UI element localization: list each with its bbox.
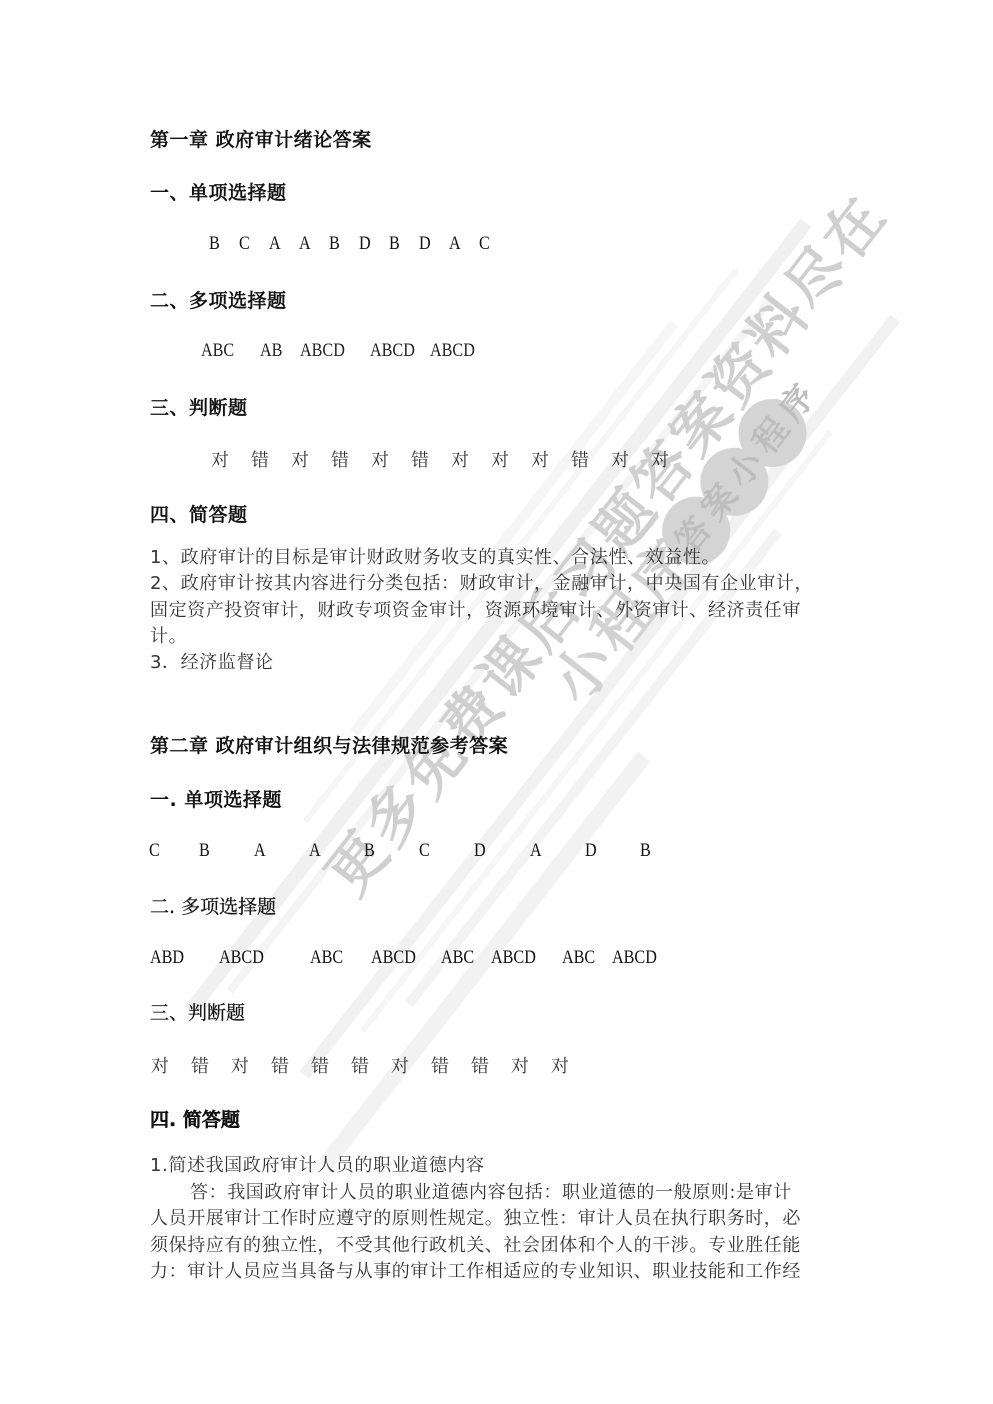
answer-item: A [299,233,311,255]
paragraph-line: 1、政府审计的目标是审计财政财务收支的真实性、合法性、效益性。 [150,545,720,571]
answer-item: 错 [251,446,269,472]
answer-item: A [269,233,281,255]
answer-item: ABC [201,340,234,362]
paragraph-line: 力：审计人员应当具备与从事的审计工作相适应的专业知识、职业技能和工作经 [150,1259,801,1285]
answer-item: C [239,233,250,255]
answer-item: B [389,233,400,255]
answer-item: ABCD [430,340,475,362]
chapter1-title: 第一章 政府审计绪论答案 [150,125,372,152]
answer-item: D [359,233,371,255]
answer-item: A [254,840,266,862]
ch2-true-false-heading: 三、判断题 [150,998,245,1025]
answer-item: 对 [391,1052,409,1078]
ch1-single-choice-heading: 一、单项选择题 [150,178,287,205]
answer-item: A [309,840,321,862]
answer-item: 对 [511,1052,529,1078]
ch1-multiple-choice-heading: 二、多项选择题 [150,286,287,313]
answer-item: AB [260,340,282,362]
paragraph-line: 固定资产投资审计，财政专项资金审计，资源环境审计、外资审计、经济责任审 [150,598,801,624]
answer-item: 错 [571,446,589,472]
ch2-short-answer-heading: 四. 简答题 [150,1105,240,1132]
answer-item: 对 [451,446,469,472]
answer-item: 错 [411,446,429,472]
answer-item: B [199,840,210,862]
ch1-short-answer-heading: 四、简答题 [150,500,248,527]
paragraph-line: 须保持应有的独立性，不受其他行政机关、社会团体和个人的干涉。专业胜任能 [150,1233,801,1259]
answer-item: 对 [651,446,669,472]
answer-item: ABCD [300,340,345,362]
answer-item: D [585,840,597,862]
answer-item: B [364,840,375,862]
ch2-multiple-choice-heading: 二. 多项选择题 [150,892,276,919]
answer-item: B [329,233,340,255]
answer-item: D [474,840,486,862]
answer-item: ABCD [219,947,264,969]
paragraph-line: 答：我国政府审计人员的职业道德内容包括：职业道德的一般原则:是审计 [190,1180,792,1206]
answer-item: ABC [441,947,474,969]
answer-item: 错 [331,446,349,472]
answer-item: 错 [311,1052,329,1078]
answer-item: 错 [351,1052,369,1078]
answer-item: 对 [231,1052,249,1078]
answer-item: 错 [191,1052,209,1078]
answer-item: B [209,233,220,255]
answer-item: C [149,840,160,862]
answer-item: ABCD [370,340,415,362]
answer-item: ABCD [612,947,657,969]
answer-item: A [530,840,542,862]
answer-item: 对 [531,446,549,472]
answer-item: A [449,233,461,255]
answer-item: 对 [611,446,629,472]
answer-item: 对 [491,446,509,472]
chapter2-title: 第二章 政府审计组织与法律规范参考答案 [150,731,508,758]
answer-item: 对 [291,446,309,472]
document-content: 第一章 政府审计绪论答案 一、单项选择题 B C A A B D B D A C… [0,0,993,1404]
answer-item: 对 [551,1052,569,1078]
answer-item: ABD [150,947,184,969]
answer-item: ABC [310,947,343,969]
answer-item: ABC [562,947,595,969]
answer-item: C [419,840,430,862]
question-line: 1.简述我国政府审计人员的职业道德内容 [150,1153,485,1179]
document-page: 更多免费课后习题答案资料尽在 小程序 答案小程序 第一章 政府审计绪论答案 一、… [0,0,993,1404]
answer-item: C [479,233,490,255]
paragraph-line: 3．经济监督论 [150,650,274,676]
answer-item: 对 [211,446,229,472]
answer-item: D [419,233,431,255]
paragraph-line: 计。 [150,624,187,650]
answer-item: 错 [271,1052,289,1078]
answer-item: 对 [151,1052,169,1078]
answer-item: 错 [471,1052,489,1078]
answer-item: ABCD [371,947,416,969]
answer-item: 错 [431,1052,449,1078]
answer-item: 对 [371,446,389,472]
ch2-single-choice-heading: 一. 单项选择题 [150,785,282,812]
ch1-true-false-heading: 三、判断题 [150,393,248,420]
answer-item: B [640,840,651,862]
answer-item: ABCD [491,947,536,969]
paragraph-line: 2、政府审计按其内容进行分类包括：财政审计，金融审计，中央国有企业审计， [150,571,813,597]
paragraph-line: 人员开展审计工作时应遵守的原则性规定。独立性：审计人员在执行职务时，必 [150,1206,801,1232]
